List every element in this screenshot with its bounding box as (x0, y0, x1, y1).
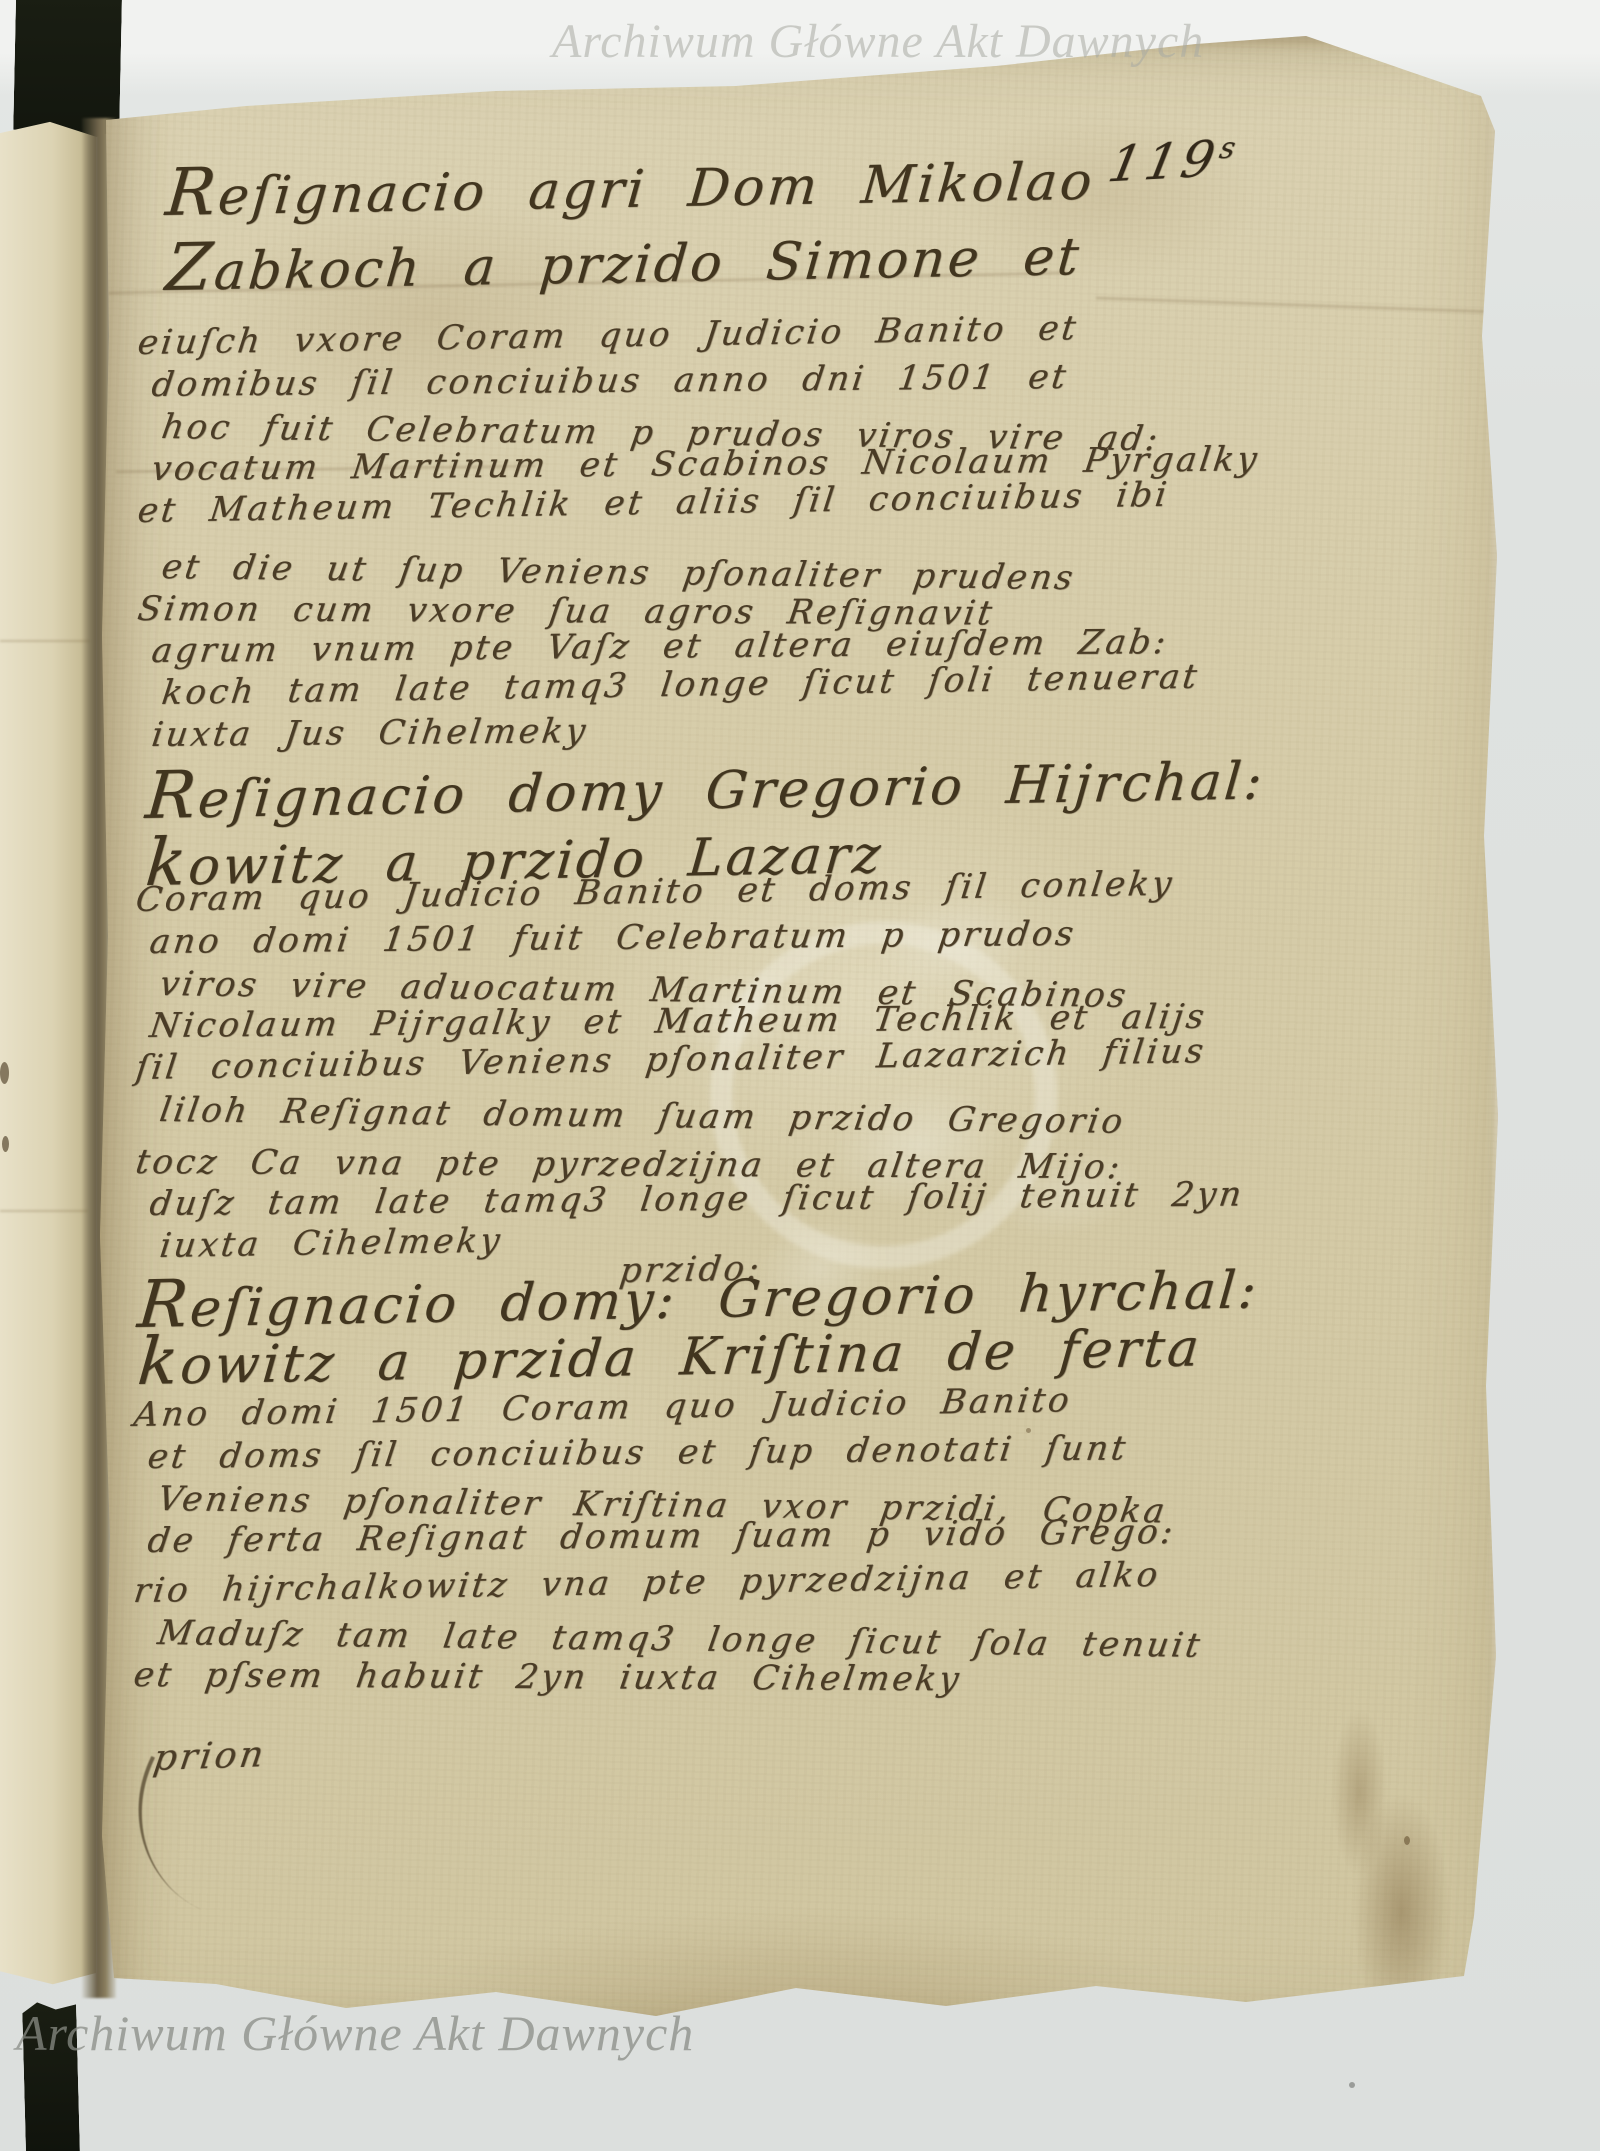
record-body-line: et doms ſil conciuibus et ſup denotati ſ… (145, 1427, 1208, 1478)
ink-bleed-mark (2, 1136, 9, 1152)
archive-watermark-top: Archiwum Główne Akt Dawnych (552, 14, 1204, 69)
record-heading-line: Zabkoch a przido Simone et (163, 217, 1098, 308)
archive-watermark-bottom: Archiwum Główne Akt Dawnych (16, 2004, 694, 2062)
facing-page-crease (0, 1210, 88, 1212)
record-body-line: domibus ſil conciuibus anno dni 1501 et (149, 354, 1262, 406)
record-1-body: eiuſch vxore Coram quo Judicio Banito et… (138, 322, 1258, 756)
scan-viewport: 119s Reſignacio agri Dom Mikolao Zabkoch… (0, 0, 1600, 2151)
ink-bleed-mark (0, 1062, 9, 1084)
folio-digits: 119 (1104, 130, 1224, 194)
record-3-heading: Reſignacio domy: Gregorio hyrchal: kowit… (138, 1279, 1257, 1393)
record-1-heading: Reſignacio agri Dom Mikolao Zabkoch a pr… (166, 158, 1093, 308)
record-3-body: Ano domi 1501 Coram quo Judicio Banito e… (134, 1394, 1204, 1696)
record-body-line: liloh Reſignat domum ſuam przido Gregori… (157, 1089, 1244, 1144)
facing-page-crease (0, 640, 90, 642)
manuscript-page: 119s Reſignacio agri Dom Mikolao Zabkoch… (96, 36, 1500, 2032)
record-body-line: rio hijrchalkowitz vna pte pyrzedzijna e… (131, 1553, 1209, 1612)
record-body-line: ano domi 1501 fuit Celebratum p prudos (147, 911, 1247, 963)
record-body-line: et pſsem habuit 2yn iuxta Cihelmeky (131, 1654, 1206, 1702)
ink-fleck (1404, 1836, 1410, 1845)
record-body-line: de ferta Reſignat domum ſuam p vido Greg… (145, 1511, 1208, 1562)
record-2-body: Coram quo Judicio Banito et doms ſil con… (136, 879, 1243, 1267)
dust-speck (1349, 2082, 1355, 2088)
folio-number: 119s (1104, 129, 1243, 194)
